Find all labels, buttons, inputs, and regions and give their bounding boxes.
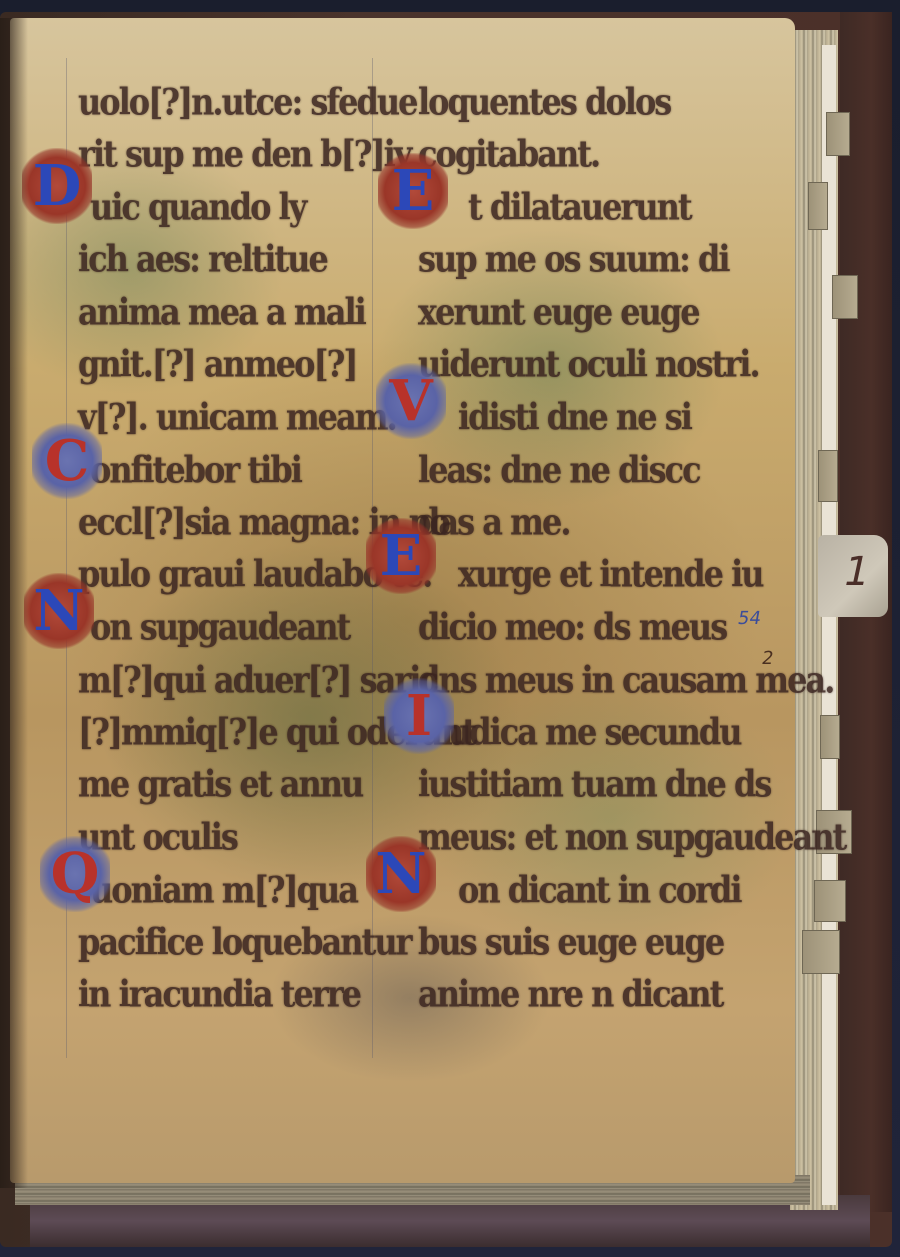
text-line: das a me. [418, 500, 570, 544]
illuminated-initial-i: I [384, 678, 454, 754]
text-line: uoniam m[?]qua [90, 868, 357, 912]
illuminated-initial-v: V [376, 363, 446, 439]
text-line: idisti dne ne si [458, 395, 691, 439]
page-tab [802, 930, 840, 974]
illuminated-initial-e: E [366, 518, 436, 594]
initial-letter: N [375, 841, 426, 907]
initial-letter: N [33, 578, 84, 644]
initial-letter: E [380, 523, 423, 589]
initial-letter: V [389, 368, 432, 434]
tab-number: 1 [839, 549, 874, 595]
text-line: v[?]. unicam meam. [78, 395, 396, 439]
text-line: uolo[?]n.utce: sfedue [78, 80, 417, 124]
initial-letter: D [33, 153, 82, 219]
illuminated-initial-d: D [22, 148, 92, 224]
initial-letter: I [406, 683, 432, 749]
text-line: anime nre n dicant [418, 972, 722, 1016]
text-line: t dilatauerunt [468, 185, 691, 229]
binding-gutter [0, 18, 28, 1188]
initial-letter: C [45, 428, 90, 494]
page-tab [818, 450, 838, 502]
text-line: anima mea a mali [78, 290, 365, 334]
initial-letter: E [392, 158, 435, 224]
text-line: on dicant in cordi [458, 868, 740, 912]
numbered-tab: 1 [818, 535, 888, 617]
text-line: meus: et non supgaudeant [418, 815, 845, 859]
page-tab [826, 112, 850, 156]
folio-number-ink: 54 [736, 608, 763, 629]
manuscript-page: uolo[?]n.utce: sfedue rit sup me den b[?… [10, 18, 795, 1183]
page-tab [832, 275, 858, 319]
text-line: xurge et intende iu [458, 552, 762, 596]
text-line: pacifice loquebantur [78, 920, 410, 964]
text-line: ich aes: reltitue [78, 237, 327, 281]
text-line: sup me os suum: di [418, 237, 729, 281]
page-tab [820, 715, 840, 759]
illuminated-initial-c: C [32, 423, 102, 499]
text-line: xerunt euge euge [418, 290, 699, 334]
text-line: iustitiam tuam dne ds [418, 762, 770, 806]
illuminated-initial-e: E [378, 153, 448, 229]
initial-letter: Q [51, 841, 100, 907]
illuminated-initial-q: Q [40, 836, 110, 912]
text-line: leas: dne ne discc [418, 448, 700, 492]
illuminated-initial-n: N [366, 836, 436, 912]
text-line: bus suis euge euge [418, 920, 723, 964]
page-tab [808, 182, 828, 230]
text-line: udica me secundu [448, 710, 741, 754]
text-line: uic quando ly [90, 185, 305, 229]
page-tab [814, 880, 846, 922]
text-line: dicio meo: ds meus [418, 605, 726, 649]
text-line: rit sup me den b[?]iy [78, 132, 410, 176]
text-line: gnit.[?] anmeo[?] [78, 342, 356, 386]
illuminated-initial-n: N [24, 573, 94, 649]
text-line: me gratis et annu [78, 762, 362, 806]
text-line: onfitebor tibi [90, 448, 301, 492]
text-line: loquentes dolos [418, 80, 670, 124]
text-line: on supgaudeant [90, 605, 349, 649]
text-line: uiderunt oculi nostri. [418, 342, 759, 386]
text-line: in iracundia terre [78, 972, 360, 1016]
